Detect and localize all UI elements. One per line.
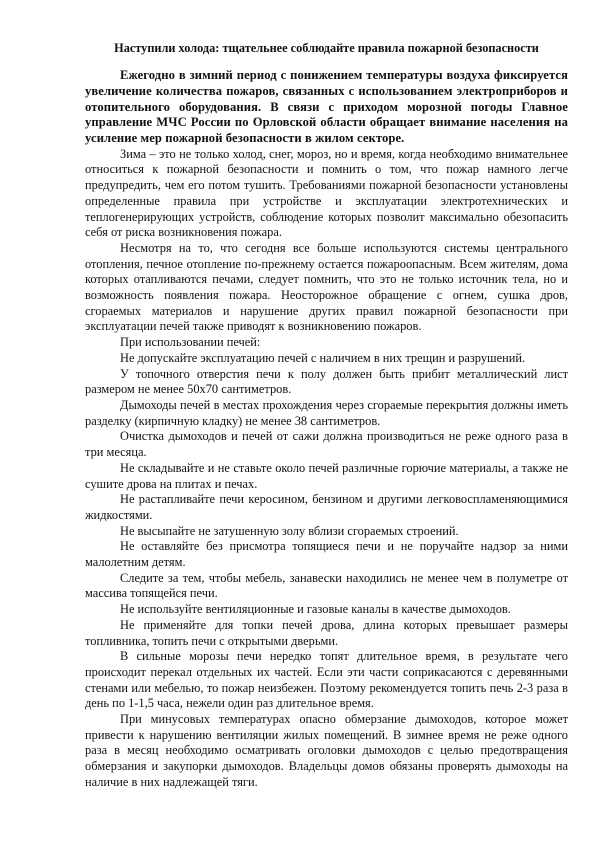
paragraph-rule-chimney-cutting: Дымоходы печей в местах прохождения чере… bbox=[85, 398, 568, 429]
paragraph-rule-furniture-distance: Следите за тем, чтобы мебель, занавески … bbox=[85, 571, 568, 602]
paragraph-chimney-freezing: При минусовых температурах опасно обмерз… bbox=[85, 712, 568, 791]
paragraph-rule-ventilation-channels: Не используйте вентиляционные и газовые … bbox=[85, 602, 568, 618]
paragraph-rule-soot-cleaning: Очистка дымоходов и печей от сажи должна… bbox=[85, 429, 568, 460]
paragraph-stove-rules-heading: При использовании печей: bbox=[85, 335, 568, 351]
paragraph-rule-unattended: Не оставляйте без присмотра топящиеся пе… bbox=[85, 539, 568, 570]
document-title: Наступили холода: тщательнее соблюдайте … bbox=[85, 40, 568, 56]
paragraph-rule-firewood-length: Не применяйте для топки печей дрова, дли… bbox=[85, 618, 568, 649]
paragraph-stove-heating: Несмотря на то, что сегодня все больше и… bbox=[85, 241, 568, 335]
paragraph-winter-intro: Зима – это не только холод, снег, мороз,… bbox=[85, 147, 568, 241]
paragraph-rule-ash: Не высыпайте не затушенную золу вблизи с… bbox=[85, 524, 568, 540]
paragraph-rule-flammable-liquids: Не растапливайте печи керосином, бензино… bbox=[85, 492, 568, 523]
paragraph-rule-combustibles: Не складывайте и не ставьте около печей … bbox=[85, 461, 568, 492]
paragraph-severe-frost: В сильные морозы печи нередко топят длит… bbox=[85, 649, 568, 712]
lead-paragraph: Ежегодно в зимний период с понижением те… bbox=[85, 68, 568, 147]
paragraph-rule-cracks: Не допускайте эксплуатацию печей с налич… bbox=[85, 351, 568, 367]
paragraph-rule-metal-sheet: У топочного отверстия печи к полу должен… bbox=[85, 367, 568, 398]
document-page: Наступили холода: тщательнее соблюдайте … bbox=[85, 40, 568, 791]
